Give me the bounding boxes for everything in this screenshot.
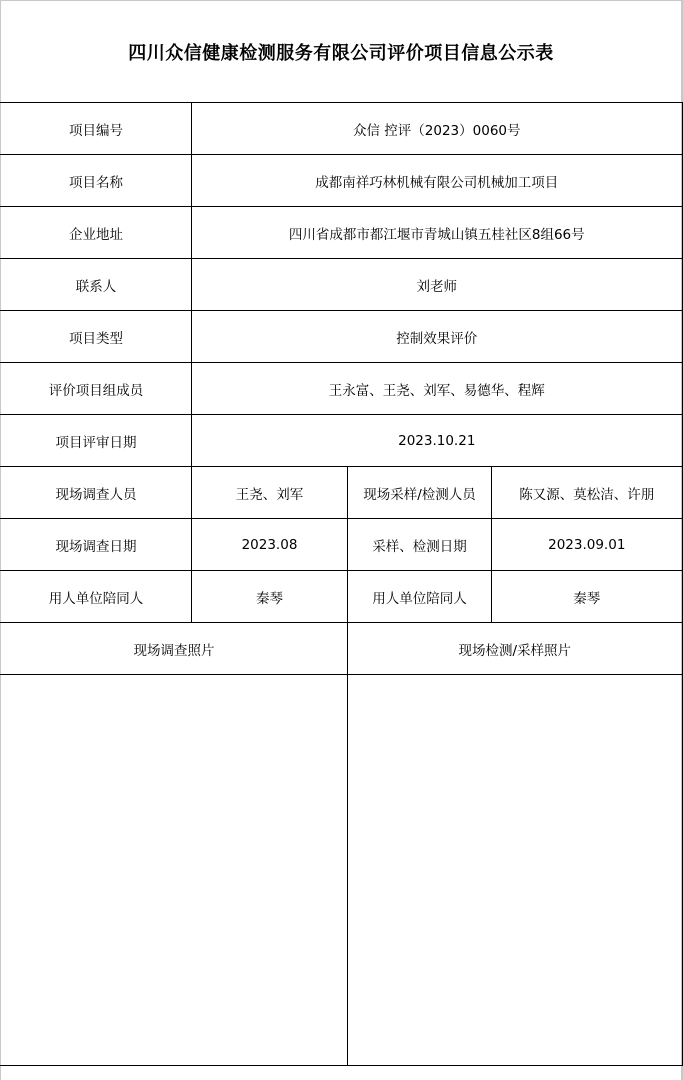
row-value: 控制效果评价 xyxy=(192,311,683,363)
row-value: 众信 控评（2023）0060号 xyxy=(192,103,683,155)
row-value: 成都南祥巧林机械有限公司机械加工项目 xyxy=(192,155,683,207)
row-value: 王永富、王尧、刘军、易德华、程辉 xyxy=(192,363,683,415)
sampling-photo-area xyxy=(348,675,683,1066)
table-row-contact: 联系人 刘老师 xyxy=(1,259,683,311)
row-label: 现场采样/检测人员 xyxy=(348,467,492,519)
row-value: 2023.09.01 xyxy=(492,519,683,571)
row-value: 秦琴 xyxy=(492,571,683,623)
row-label: 评价项目组成员 xyxy=(1,363,192,415)
table-row-photo-headers: 现场调查照片 现场检测/采样照片 xyxy=(1,623,683,675)
row-value: 陈又源、莫松洁、许朋 xyxy=(492,467,683,519)
row-label: 项目编号 xyxy=(1,103,192,155)
table-row-project-type: 项目类型 控制效果评价 xyxy=(1,311,683,363)
table-row-project-number: 项目编号 众信 控评（2023）0060号 xyxy=(1,103,683,155)
row-value: 2023.10.21 xyxy=(192,415,683,467)
row-value: 2023.08 xyxy=(192,519,348,571)
row-value: 秦琴 xyxy=(192,571,348,623)
survey-photo-area xyxy=(1,675,348,1066)
table-row-review-date: 项目评审日期 2023.10.21 xyxy=(1,415,683,467)
page-title: 四川众信健康检测服务有限公司评价项目信息公示表 xyxy=(1,1,681,102)
row-label: 用人单位陪同人 xyxy=(348,571,492,623)
row-value: 刘老师 xyxy=(192,259,683,311)
row-label: 现场调查人员 xyxy=(1,467,192,519)
sampling-photo-header: 现场检测/采样照片 xyxy=(348,623,683,675)
info-table: 项目编号 众信 控评（2023）0060号 项目名称 成都南祥巧林机械有限公司机… xyxy=(0,102,683,1066)
table-row-escorts: 用人单位陪同人 秦琴 用人单位陪同人 秦琴 xyxy=(1,571,683,623)
table-row-personnel: 现场调查人员 王尧、刘军 现场采样/检测人员 陈又源、莫松洁、许朋 xyxy=(1,467,683,519)
row-value: 四川省成都市都江堰市青城山镇五桂社区8组66号 xyxy=(192,207,683,259)
row-label: 用人单位陪同人 xyxy=(1,571,192,623)
row-label: 项目评审日期 xyxy=(1,415,192,467)
row-label: 现场调查日期 xyxy=(1,519,192,571)
row-value: 王尧、刘军 xyxy=(192,467,348,519)
table-row-dates: 现场调查日期 2023.08 采样、检测日期 2023.09.01 xyxy=(1,519,683,571)
row-label: 企业地址 xyxy=(1,207,192,259)
row-label: 项目名称 xyxy=(1,155,192,207)
table-row-company-address: 企业地址 四川省成都市都江堰市青城山镇五桂社区8组66号 xyxy=(1,207,683,259)
row-label: 项目类型 xyxy=(1,311,192,363)
table-row-team-members: 评价项目组成员 王永富、王尧、刘军、易德华、程辉 xyxy=(1,363,683,415)
row-label: 联系人 xyxy=(1,259,192,311)
row-label: 采样、检测日期 xyxy=(348,519,492,571)
table-row-photo-area xyxy=(1,675,683,1066)
table-row-project-name: 项目名称 成都南祥巧林机械有限公司机械加工项目 xyxy=(1,155,683,207)
survey-photo-header: 现场调查照片 xyxy=(1,623,348,675)
